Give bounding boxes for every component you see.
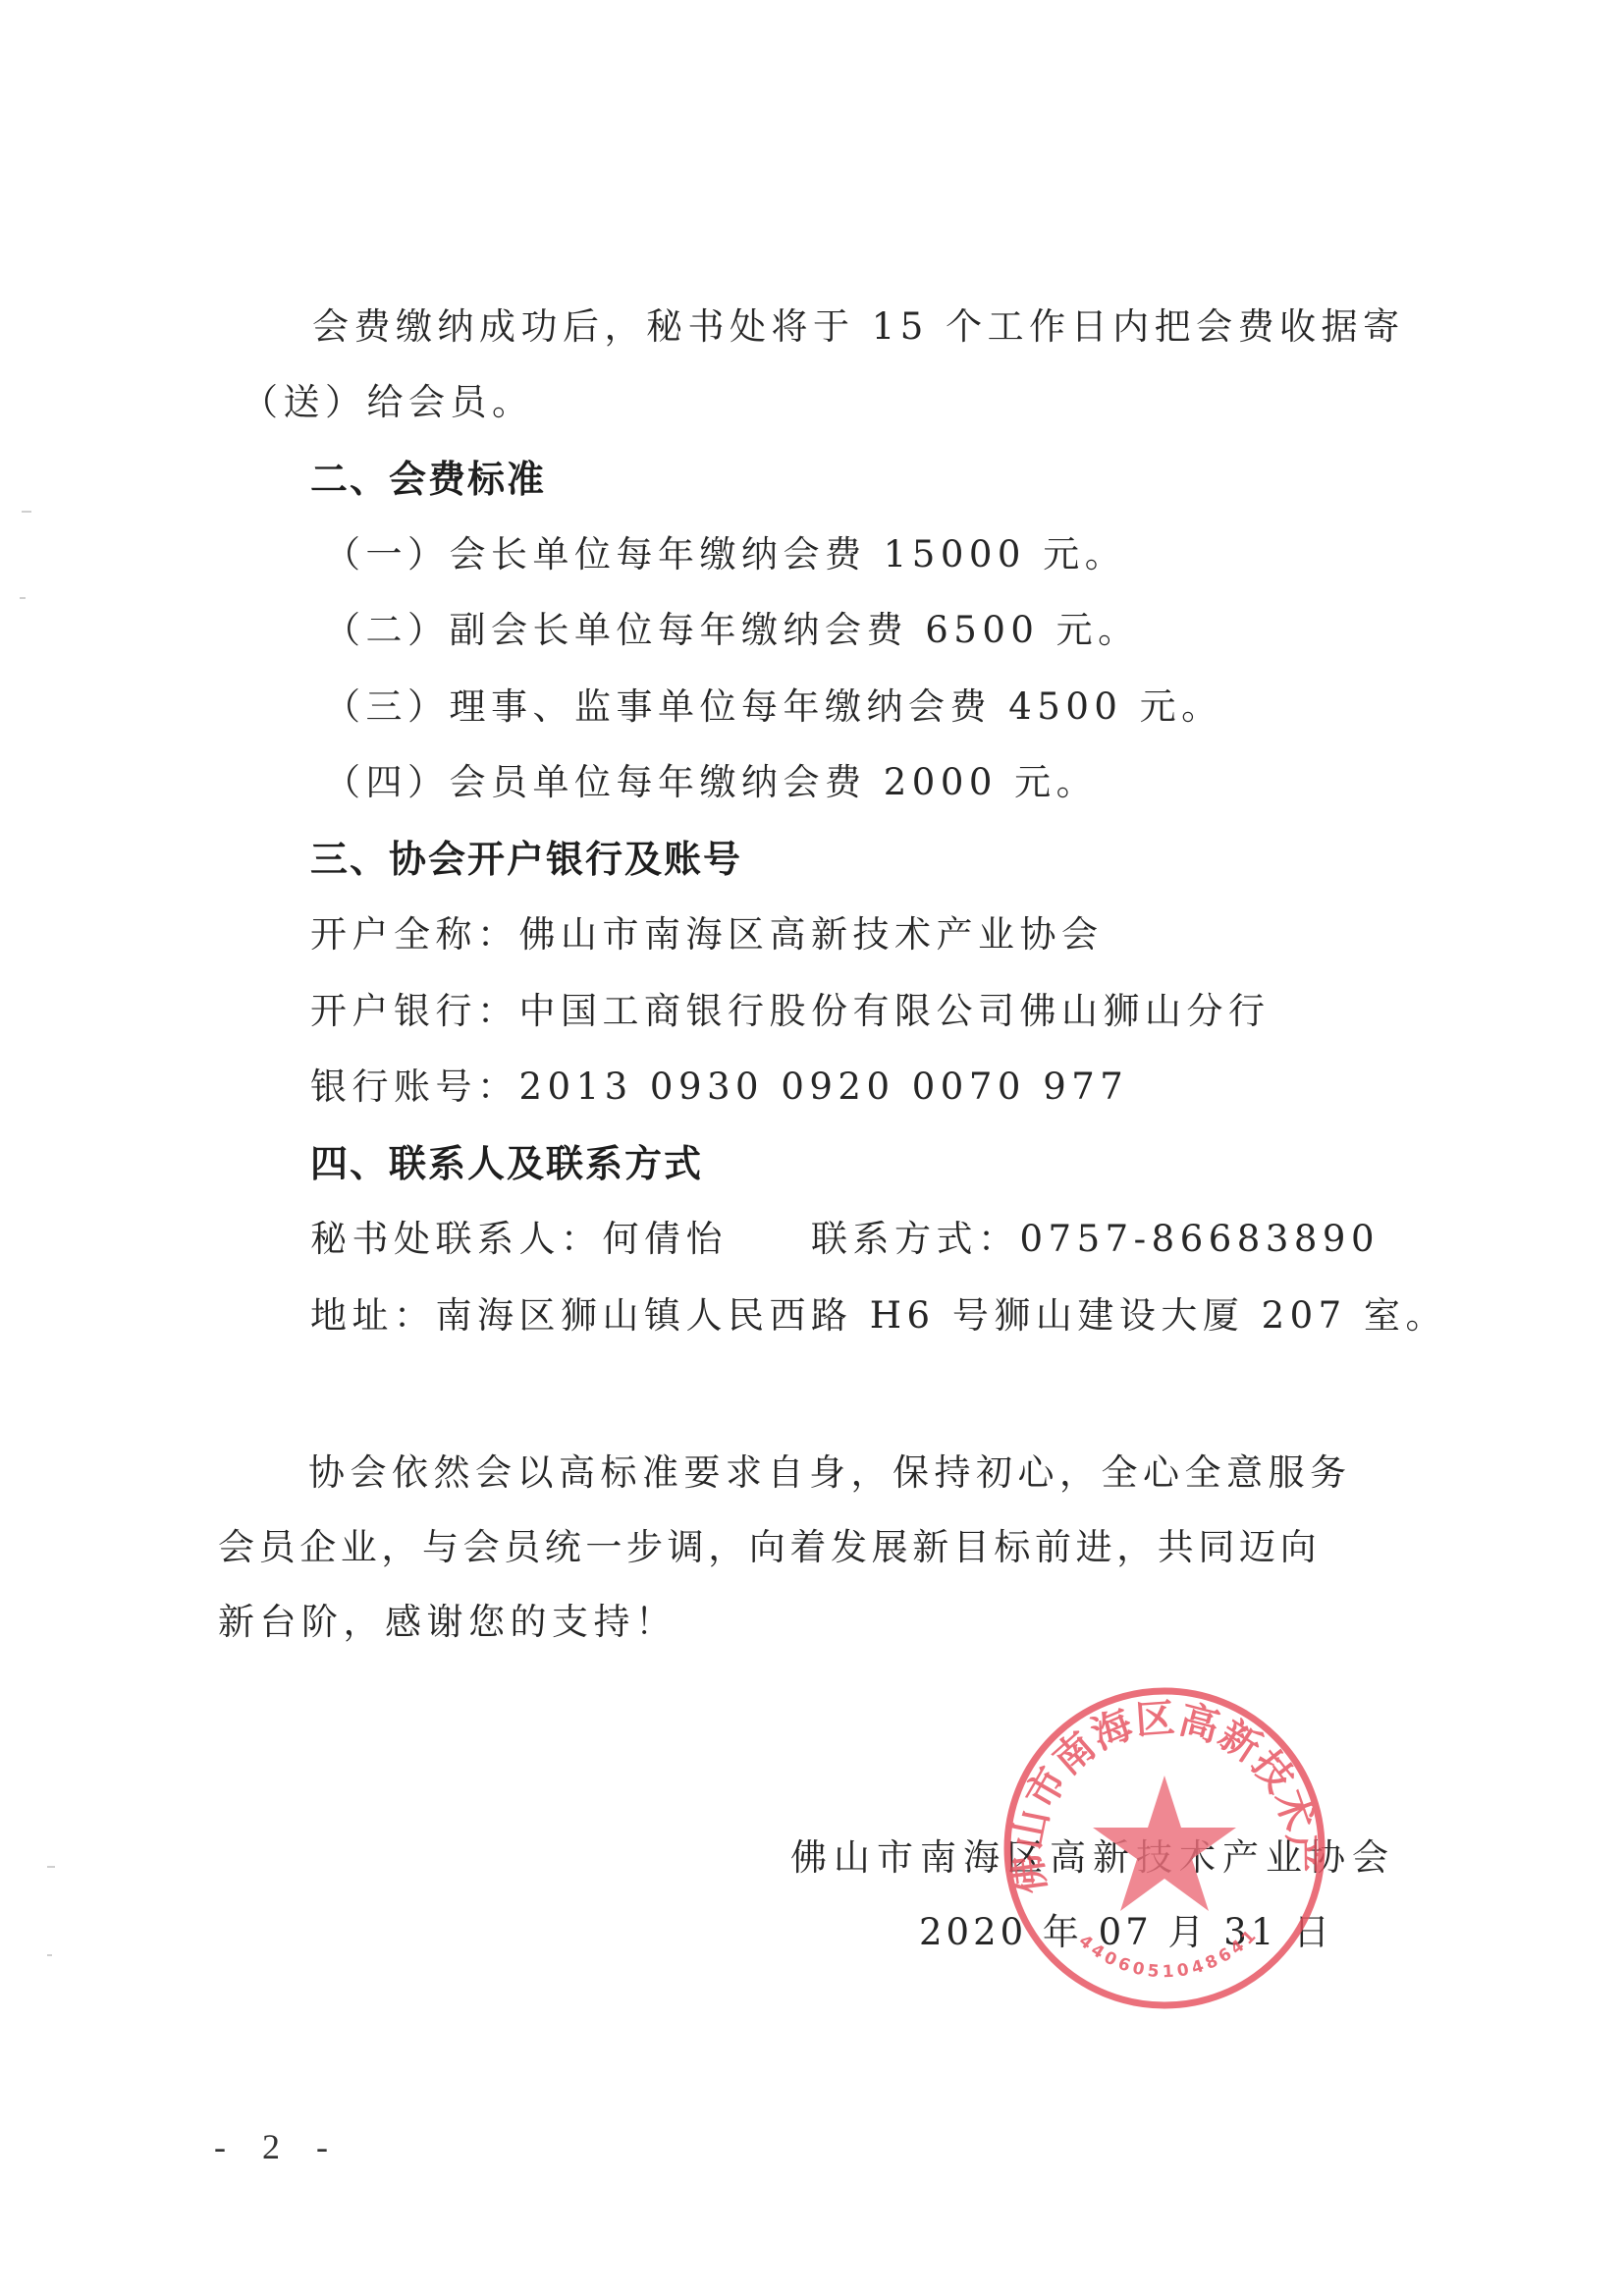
account-number: 银行账号：2013 0930 0920 0070 977 [310, 1066, 1128, 1109]
signature-organization: 佛山市南海区高新技术产业协会 [790, 1836, 1395, 1880]
fee-item: （四）会员单位每年缴纳会费 2000 元。 [324, 761, 1098, 804]
scan-speck [22, 511, 31, 513]
fee-item: （三）理事、监事单位每年缴纳会费 4500 元。 [324, 685, 1223, 729]
address: 地址：南海区狮山镇人民西路 H6 号狮山建设大厦 207 室。 [310, 1294, 1447, 1338]
account-name: 开户全称：佛山市南海区高新技术产业协会 [310, 913, 1104, 957]
signature-date: 2020 年 07 月 31 日 [919, 1911, 1333, 1954]
scan-speck [47, 1866, 55, 1868]
page-number: - 2 - [214, 2129, 342, 2164]
contact-info: 秘书处联系人：何倩怡 联系方式：0757-86683890 [310, 1218, 1380, 1261]
paragraph-line: （送）给会员。 [242, 381, 534, 424]
scan-speck [47, 1954, 52, 1956]
paragraph-line: 会费缴纳成功后，秘书处将于 15 个工作日内把会费收据寄 [312, 305, 1405, 349]
scan-speck [20, 597, 26, 599]
section-heading-bank-account: 三、协会开户银行及账号 [310, 838, 742, 881]
section-heading-fee-standard: 二、会费标准 [310, 458, 546, 501]
fee-item: （一）会长单位每年缴纳会费 15000 元。 [324, 533, 1126, 576]
section-heading-contact: 四、联系人及联系方式 [310, 1142, 703, 1185]
closing-line: 协会依然会以高标准要求自身，保持初心，全心全意服务 [308, 1451, 1352, 1495]
closing-line: 新台阶，感谢您的支持！ [218, 1601, 677, 1644]
closing-line: 会员企业，与会员统一步调，向着发展新目标前进，共同迈向 [218, 1526, 1321, 1569]
fee-item: （二）副会长单位每年缴纳会费 6500 元。 [324, 609, 1140, 652]
bank-name: 开户银行：中国工商银行股份有限公司佛山狮山分行 [310, 990, 1271, 1033]
